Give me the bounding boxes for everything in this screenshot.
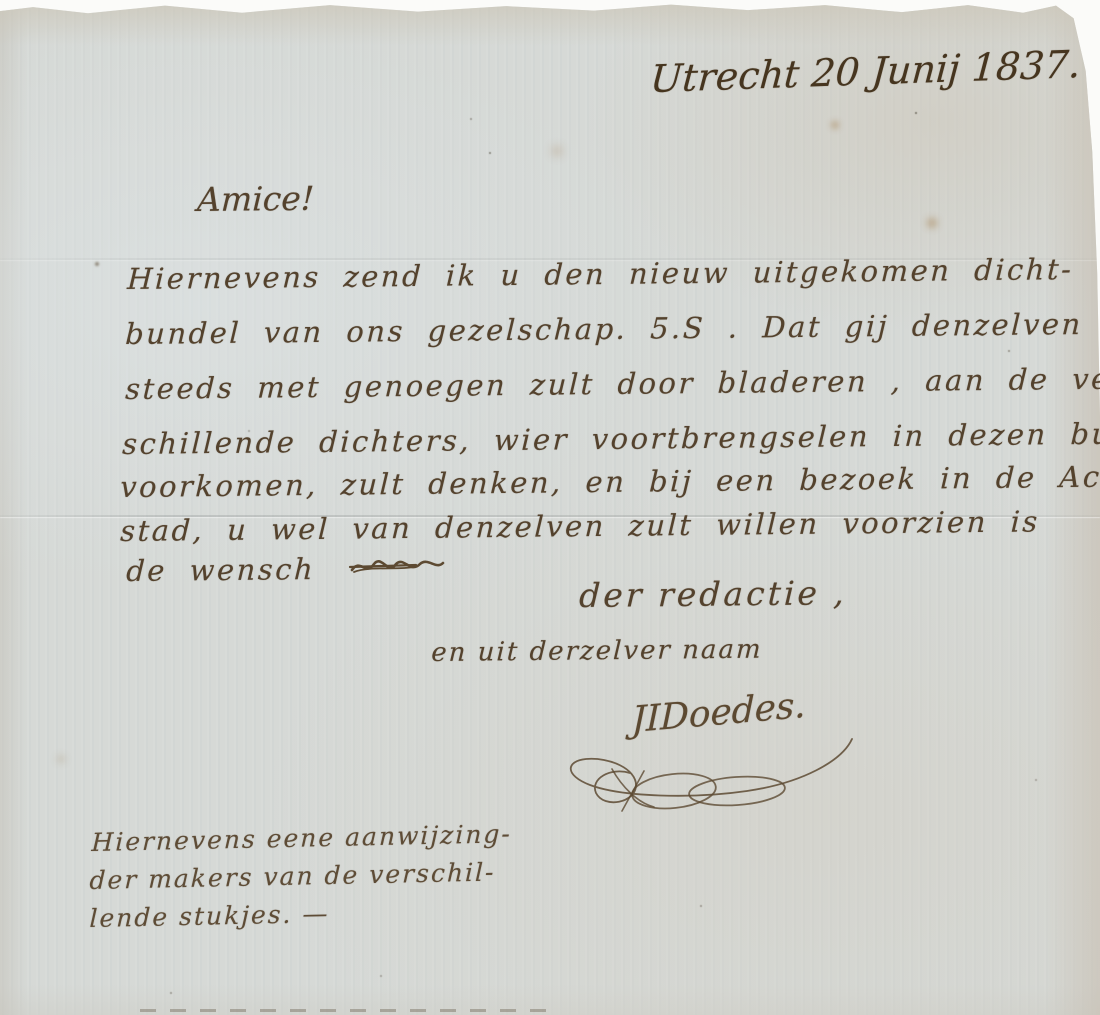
salutation: Amice! (196, 179, 315, 219)
signature-flourish-icon (552, 733, 882, 823)
closing-der-redactie: der redactie , (578, 573, 847, 615)
closing-uit-derzelver-naam: en uit derzelver naam (431, 635, 763, 668)
scribbled-out-word-icon (348, 552, 448, 582)
foxing-stains (0, 0, 2, 2)
cutoff-writing-bottom-edge (140, 1009, 550, 1012)
body-line: de wensch (126, 552, 316, 588)
postscript-line: lende stukjes. — (89, 899, 330, 933)
